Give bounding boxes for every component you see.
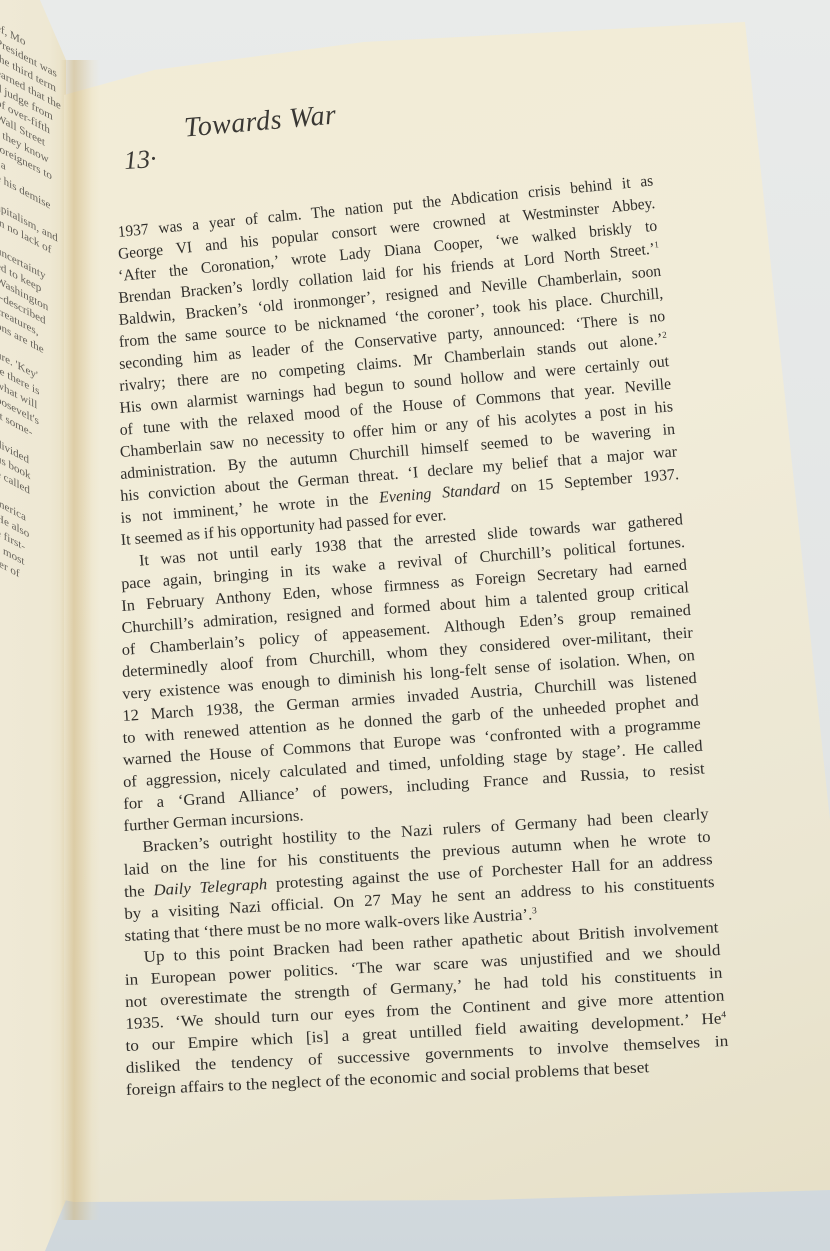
facing-page: ef, MoPresident wasthe third termearned … bbox=[0, 0, 70, 1251]
facing-page-text: ef, MoPresident wasthe third termearned … bbox=[0, 20, 66, 607]
paragraph: It was not until early 1938 that the arr… bbox=[118, 552, 678, 838]
paragraph: Up to this point Bracken had been rather… bbox=[118, 948, 678, 1102]
footnote-marker: 2 bbox=[662, 329, 667, 339]
paragraph: 1937 was a year of calm. The nation put … bbox=[118, 222, 678, 552]
chapter-number: 13· bbox=[123, 144, 158, 176]
body-text: 1937 was a year of calm. The nation put … bbox=[118, 222, 678, 1102]
footnote-marker: 3 bbox=[532, 905, 537, 915]
footnote-marker: 4 bbox=[721, 1009, 726, 1019]
chapter-title: Towards War bbox=[183, 99, 338, 144]
footnote-marker: 1 bbox=[654, 239, 659, 249]
book-page: 13· Towards War 1937 was a year of calm.… bbox=[64, 0, 830, 1251]
italic-title: Daily Telegraph bbox=[153, 876, 268, 899]
